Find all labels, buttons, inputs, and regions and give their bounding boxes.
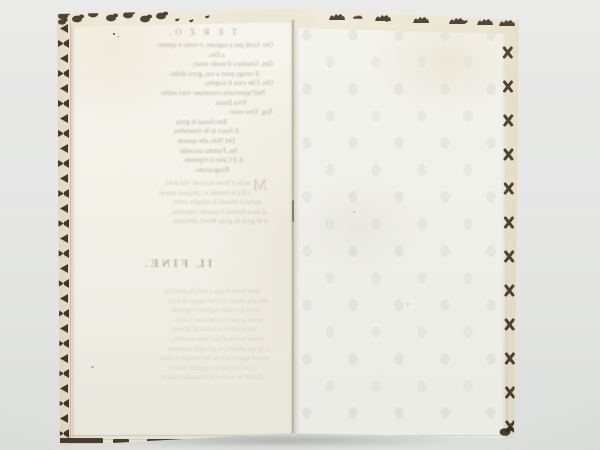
cover-top-leaf-motifs (329, 14, 515, 26)
cover-pattern-overlay (57, 8, 519, 446)
photo-scene: { "colors": { "backdrop": "#e9eae8", "co… (0, 0, 600, 450)
open-book: T E R Z O. Ors. Godi pur a ragione, e vi… (57, 8, 519, 446)
cover-top-blob-motifs (58, 10, 209, 23)
cover-left-triangle-motifs (58, 24, 69, 438)
cover-right-bowtie-motifs (504, 48, 514, 431)
cover-bottom-dash-motifs (57, 18, 513, 445)
